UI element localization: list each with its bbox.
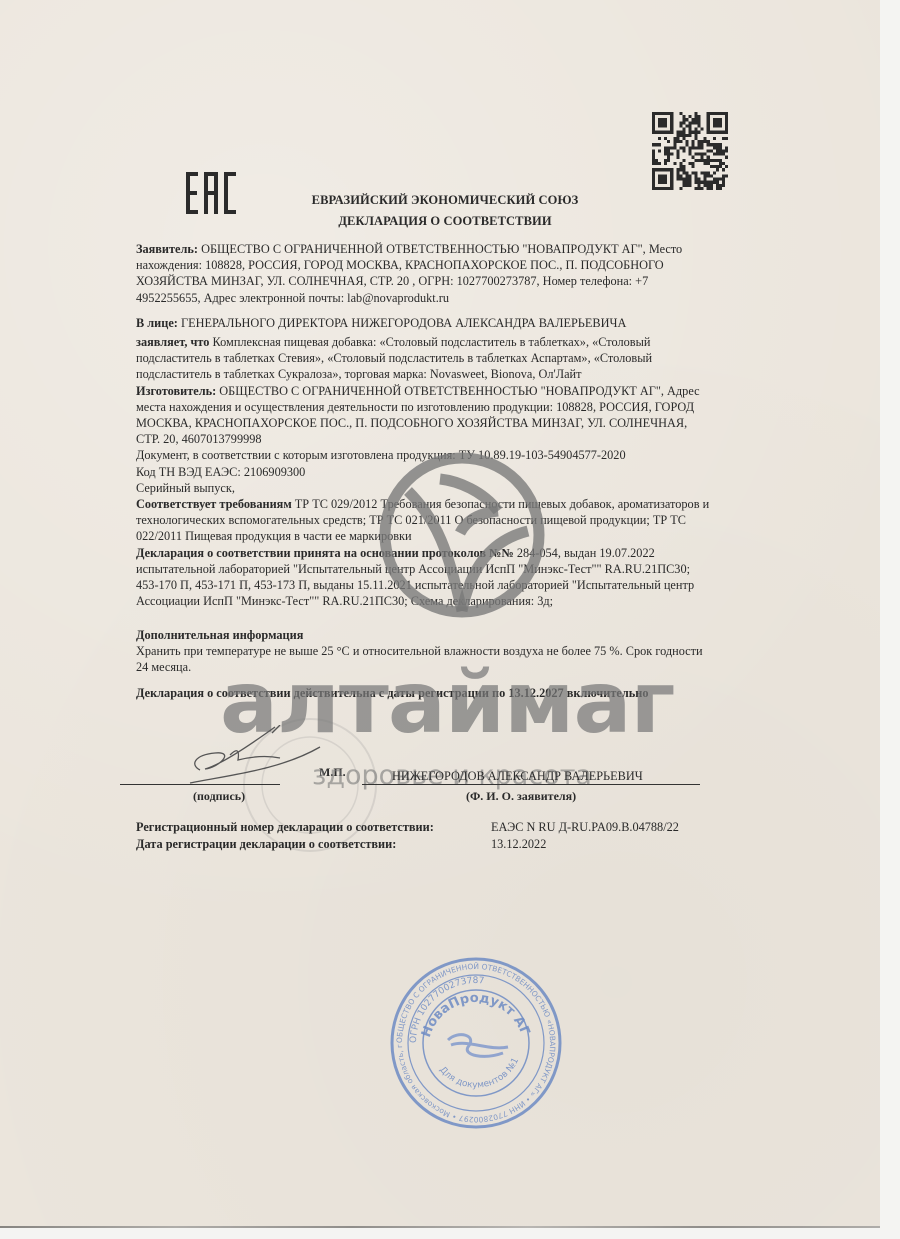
name-line xyxy=(362,784,700,785)
manufacturer-text: ОБЩЕСТВО С ОГРАНИЧЕННОЙ ОТВЕТСТВЕННОСТЬЮ… xyxy=(136,384,700,447)
represented-label: В лице: xyxy=(136,316,178,330)
represented-text: ГЕНЕРАЛЬНОГО ДИРЕКТОРА НИЖЕГОРОДОВА АЛЕК… xyxy=(178,316,626,330)
signature-caption: (подпись) xyxy=(193,789,245,804)
header-declaration-title: ДЕКЛАРАЦИЯ О СООТВЕТСТВИИ xyxy=(300,214,590,229)
watermark-logo-icon xyxy=(378,451,546,619)
represented-section: В лице: ГЕНЕРАЛЬНОГО ДИРЕКТОРА НИЖЕГОРОД… xyxy=(136,315,711,331)
name-caption: (Ф. И. О. заявителя) xyxy=(466,789,576,804)
conforms-label: Соответствует требованиям xyxy=(136,497,292,511)
declares-text: Комплексная пищевая добавка: «Столовый п… xyxy=(136,335,652,381)
registration-date-value: 13.12.2022 xyxy=(491,837,546,852)
eac-logo-icon xyxy=(186,172,236,214)
declares-label: заявляет, что xyxy=(136,335,209,349)
applicant-name: НИЖЕГОРОДОВ АЛЕКСАНДР ВАЛЕРЬЕВИЧ xyxy=(392,769,643,784)
company-stamp-icon: ОБЩЕСТВО С ОГРАНИЧЕННОЙ ОТВЕТСТВЕННОСТЬЮ… xyxy=(388,955,564,1131)
signature-icon xyxy=(180,725,330,785)
applicant-section: Заявитель: ОБЩЕСТВО С ОГРАНИЧЕННОЙ ОТВЕТ… xyxy=(136,241,711,306)
applicant-label: Заявитель: xyxy=(136,242,198,256)
header-union-title: ЕВРАЗИЙСКИЙ ЭКОНОМИЧЕСКИЙ СОЮЗ xyxy=(300,193,590,208)
registration-number-value: ЕАЭС N RU Д-RU.PA09.B.04788/22 xyxy=(491,820,679,835)
manufacturer-label: Изготовитель: xyxy=(136,384,216,398)
registration-date-label: Дата регистрации декларации о соответств… xyxy=(136,837,396,852)
signature-line xyxy=(120,784,280,785)
registration-number-label: Регистрационный номер декларации о соотв… xyxy=(136,820,434,835)
document-page: ЕВРАЗИЙСКИЙ ЭКОНОМИЧЕСКИЙ СОЮЗ ДЕКЛАРАЦИ… xyxy=(0,0,880,1228)
additional-label: Дополнительная информация xyxy=(136,627,711,643)
qr-code-icon[interactable] xyxy=(652,112,728,190)
applicant-text: ОБЩЕСТВО С ОГРАНИЧЕННОЙ ОТВЕТСТВЕННОСТЬЮ… xyxy=(136,242,682,305)
